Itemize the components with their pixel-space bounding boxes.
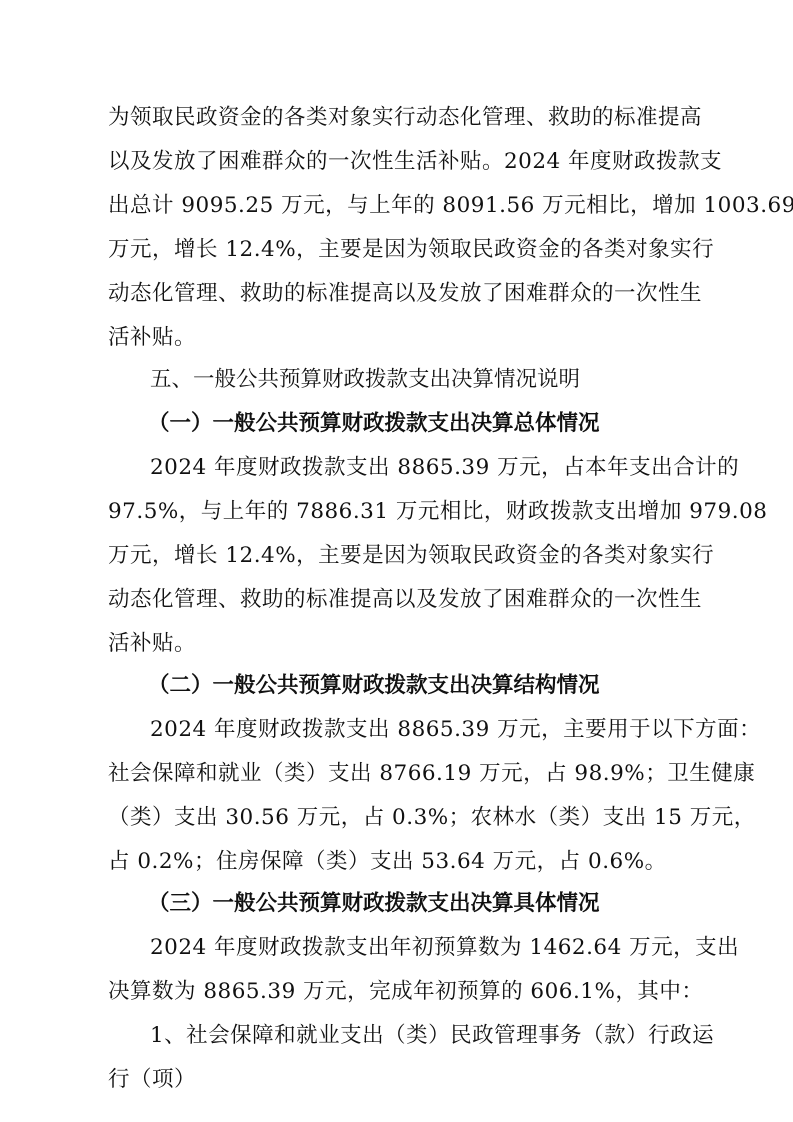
paragraph-line: 社会保障和就业（类）支出 8766.19 万元，占 98.9%；卫生健康 <box>108 754 688 794</box>
paragraph-line: 动态化管理、救助的标准提高以及发放了困难群众的一次性生 <box>108 580 688 620</box>
paragraph-line: 为领取民政资金的各类对象实行动态化管理、救助的标准提高 <box>108 98 688 138</box>
paragraph-line: 2024 年度财政拨款支出年初预算数为 1462.64 万元，支出 <box>150 928 688 968</box>
paragraph-line: 占 0.2%；住房保障（类）支出 53.64 万元，占 0.6%。 <box>108 842 688 882</box>
paragraph-line: 行（项） <box>108 1060 688 1100</box>
subsection-heading: （二）一般公共预算财政拨款支出决算结构情况 <box>148 666 600 706</box>
paragraph-line: 以及发放了困难群众的一次性生活补贴。2024 年度财政拨款支 <box>108 142 688 182</box>
paragraph-line: 2024 年度财政拨款支出 8865.39 万元，主要用于以下方面： <box>150 710 688 750</box>
paragraph-line: 2024 年度财政拨款支出 8865.39 万元，占本年支出合计的 <box>150 448 688 488</box>
paragraph-line: 决算数为 8865.39 万元，完成年初预算的 606.1%，其中： <box>108 972 688 1012</box>
subsection-heading: （三）一般公共预算财政拨款支出决算具体情况 <box>148 884 600 924</box>
section-heading: 五、一般公共预算财政拨款支出决算情况说明 <box>150 360 580 400</box>
paragraph-line: 活补贴。 <box>108 318 688 358</box>
paragraph-line: 1、社会保障和就业支出（类）民政管理事务（款）行政运 <box>150 1016 688 1056</box>
paragraph-line: 万元，增长 12.4%，主要是因为领取民政资金的各类对象实行 <box>108 230 688 270</box>
paragraph-line: 动态化管理、救助的标准提高以及发放了困难群众的一次性生 <box>108 274 688 314</box>
document-page: 为领取民政资金的各类对象实行动态化管理、救助的标准提高 以及发放了困难群众的一次… <box>0 0 793 1122</box>
subsection-heading: （一）一般公共预算财政拨款支出决算总体情况 <box>148 404 600 444</box>
paragraph-line: 出总计 9095.25 万元，与上年的 8091.56 万元相比，增加 1003… <box>108 186 688 226</box>
paragraph-line: 活补贴。 <box>108 624 688 664</box>
paragraph-line: 97.5%，与上年的 7886.31 万元相比，财政拨款支出增加 979.08 <box>108 492 688 532</box>
paragraph-line: 万元，增长 12.4%，主要是因为领取民政资金的各类对象实行 <box>108 536 688 576</box>
paragraph-line: （类）支出 30.56 万元，占 0.3%；农林水（类）支出 15 万元， <box>108 798 688 838</box>
